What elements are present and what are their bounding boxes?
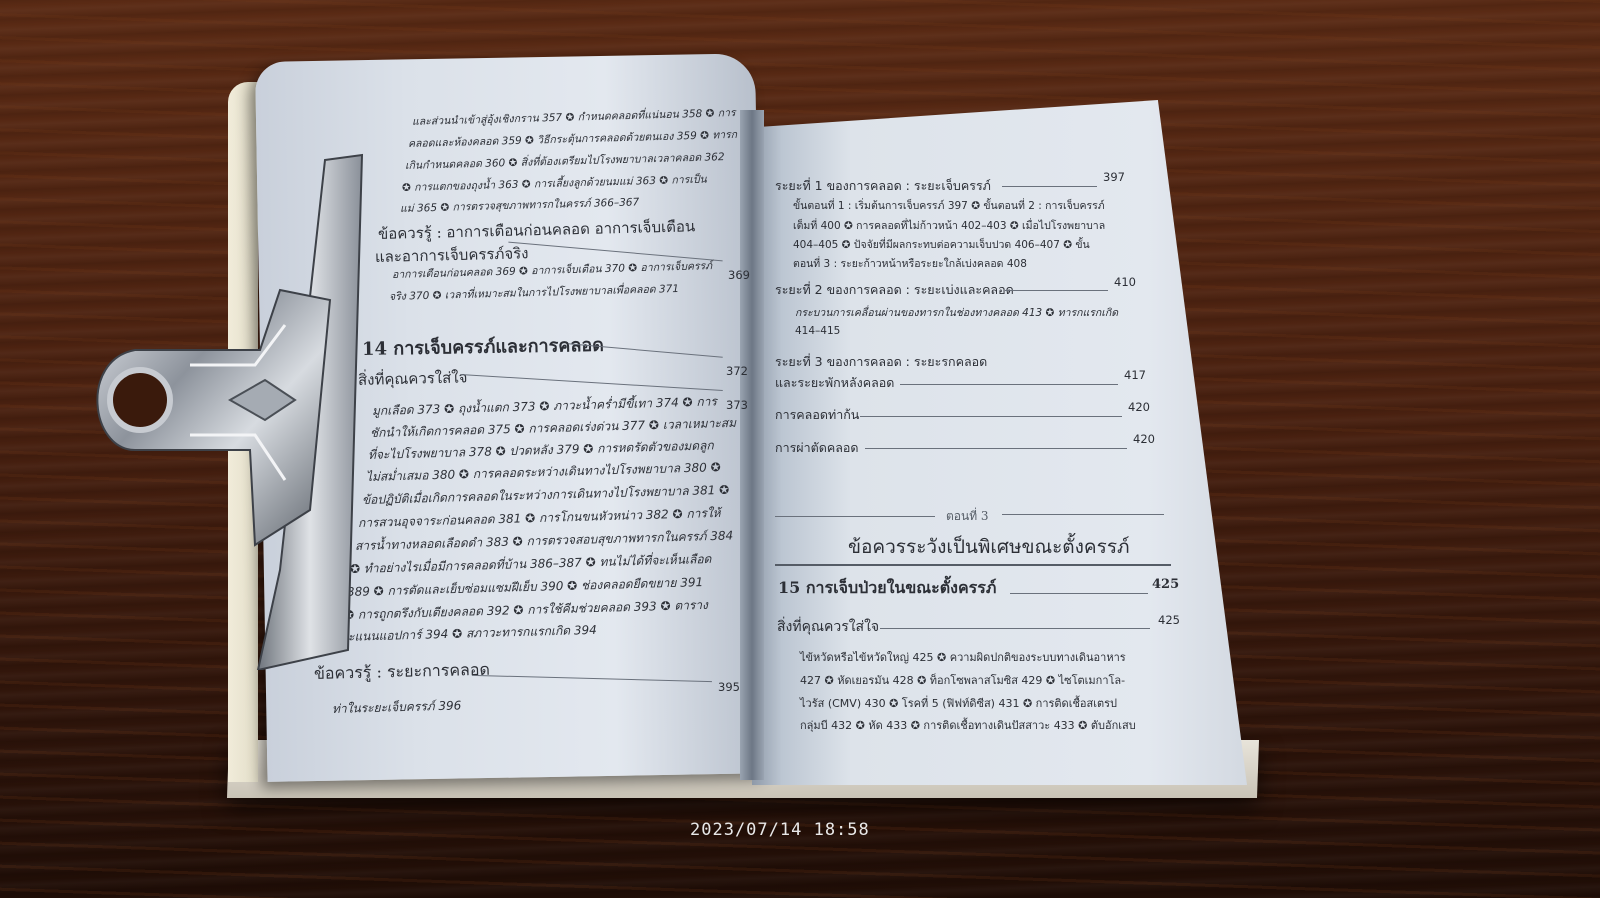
divider-line bbox=[775, 516, 935, 517]
divider-line bbox=[1002, 514, 1164, 515]
leader-line bbox=[900, 384, 1118, 385]
page-number: 420 bbox=[1128, 400, 1150, 414]
page-number: 395 bbox=[718, 680, 740, 694]
toc-entry-line: ไข้หวัดหรือไข้หวัดใหญ่ 425 ✪ ความผิดปกติ… bbox=[800, 648, 1126, 666]
stage3-title-line1: ระยะที่ 3 ของการคลอด : ระยะรกคลอด bbox=[775, 352, 987, 372]
page-number: 373 bbox=[726, 398, 748, 412]
leader-line bbox=[1010, 593, 1148, 594]
leader-line bbox=[1002, 186, 1097, 187]
toc-entry-line: ตอนที่ 3 : ระยะก้าวหน้าหรือระยะใกล้เบ่งค… bbox=[793, 255, 1027, 272]
page-number: 372 bbox=[726, 364, 748, 378]
page-number: 397 bbox=[1103, 170, 1125, 184]
toc-entry-line: ท่าในระยะเจ็บครรภ์ 396 bbox=[332, 696, 462, 719]
cesarean-title: การผ่าตัดคลอด bbox=[775, 438, 859, 458]
toc-entry-line: เต็มที่ 400 ✪ การคลอดที่ไม่ก้าวหน้า 402–… bbox=[793, 217, 1105, 234]
page-number: 425 bbox=[1158, 613, 1180, 627]
stage3-title-line2: และระยะพักหลังคลอด bbox=[775, 373, 894, 393]
toc-entry-line: 414–415 bbox=[795, 325, 840, 337]
attention-title: สิ่งที่คุณควรใส่ใจ bbox=[358, 365, 468, 392]
page-number: 425 bbox=[1152, 577, 1179, 592]
page-number: 369 bbox=[728, 268, 750, 282]
leader-line bbox=[860, 416, 1122, 417]
book-gutter bbox=[740, 110, 764, 780]
attention-title-right: สิ่งที่คุณควรใส่ใจ bbox=[777, 616, 879, 638]
toc-entry-line: ขั้นตอนที่ 1 : เริ่มต้นการเจ็บครรภ์ 397 … bbox=[793, 197, 1105, 214]
leader-line bbox=[1005, 290, 1108, 291]
leader-line bbox=[865, 448, 1127, 449]
toc-entry-line: กลุ่มบี 432 ✪ หัด 433 ✪ การติดเชื้อทางเด… bbox=[800, 716, 1136, 734]
stage2-title: ระยะที่ 2 ของการคลอด : ระยะเบ่งและคลอด bbox=[775, 280, 1014, 300]
part-title: ข้อควรระวังเป็นพิเศษขณะตั้งครรภ์ bbox=[848, 532, 1130, 562]
toc-entry-line: กระบวนการเคลื่อนผ่านของทารกในช่องทางคลอด… bbox=[795, 304, 1118, 321]
toc-entry-line: ไวรัส (CMV) 430 ✪ โรคที่ 5 (ฟิฟท์ดิซีส) … bbox=[800, 694, 1117, 712]
toc-entry-line: 404–405 ✪ ปัจจัยที่มีผลกระทบต่อความเจ็บป… bbox=[793, 236, 1090, 253]
breech-title: การคลอดท่าก้น bbox=[775, 405, 859, 425]
toc-entry-line: 427 ✪ หัดเยอรมัน 428 ✪ ท็อกโซพลาสโมซิส 4… bbox=[800, 671, 1125, 689]
photo-timestamp: 2023/07/14 18:58 bbox=[690, 820, 870, 840]
chapter-14-title: 14 การเจ็บครรภ์และการคลอด bbox=[362, 330, 604, 363]
page-number: 410 bbox=[1114, 275, 1136, 289]
stage1-title: ระยะที่ 1 ของการคลอด : ระยะเจ็บครรภ์ bbox=[775, 176, 991, 196]
part-rule bbox=[775, 564, 1171, 566]
part-label: ตอนที่ 3 bbox=[946, 507, 989, 526]
leader-line bbox=[880, 628, 1150, 629]
chapter-15-title: 15 การเจ็บป่วยในขณะตั้งครรภ์ bbox=[778, 576, 996, 601]
page-number: 417 bbox=[1124, 368, 1146, 382]
binder-clip-icon bbox=[80, 150, 370, 670]
page-number: 420 bbox=[1133, 432, 1155, 446]
